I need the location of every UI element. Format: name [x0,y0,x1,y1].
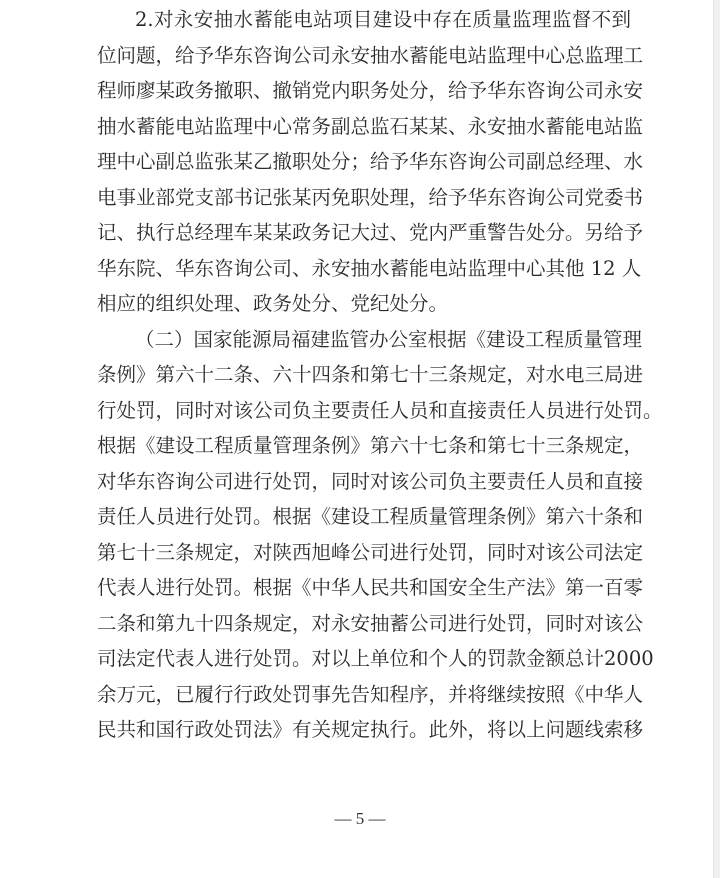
page-edge [713,0,720,878]
text-line: 行处罚，同时对该公司负主要责任人员和直接责任人员进行处罚。 [97,393,631,429]
text-line: 记、执行总经理车某某政务记大过、党内严重警告处分。另给予 [97,215,631,251]
text-line: 2.对永安抽水蓄能电站项目建设中存在质量监理监督不到 [97,2,631,38]
text-line: 责任人员进行处罚。根据《建设工程质量管理条例》第六十条和 [97,499,631,535]
page-number: — 5 — [0,809,720,829]
text-line: 条例》第六十二条、六十四条和第七十三条规定，对水电三局进 [97,357,631,393]
text-line: 位问题，给予华东咨询公司永安抽水蓄能电站监理中心总监理工 [97,38,631,74]
section-heading-line: （二）国家能源局福建监管办公室根据《建设工程质量管理 [97,322,631,358]
text-line: 对华东咨询公司进行处罚，同时对该公司负主要责任人员和直接 [97,464,631,500]
text-line: 抽水蓄能电站监理中心常务副总监石某某、永安抽水蓄能电站监 [97,109,631,145]
text-line: 相应的组织处理、政务处分、党纪处分。 [97,286,631,322]
text-line: 根据《建设工程质量管理条例》第六十七条和第七十三条规定， [97,428,631,464]
text-line: 华东院、华东咨询公司、永安抽水蓄能电站监理中心其他 12 人 [97,251,631,287]
text-line: 司法定代表人进行处罚。对以上单位和个人的罚款金额总计2000 [97,641,631,677]
text-line: 电事业部党支部书记张某丙免职处理，给予华东咨询公司党委书 [97,180,631,216]
text-line: 代表人进行处罚。根据《中华人民共和国安全生产法》第一百零 [97,570,631,606]
text-line: 余万元，已履行行政处罚事先告知程序，并将继续按照《中华人 [97,677,631,713]
text-line: 二条和第九十四条规定，对永安抽蓄公司进行处罚，同时对该公 [97,606,631,642]
document-page: 2.对永安抽水蓄能电站项目建设中存在质量监理监督不到 位问题，给予华东咨询公司永… [97,2,631,748]
text-line: 理中心副总监张某乙撤职处分；给予华东咨询公司副总经理、水 [97,144,631,180]
text-line: 程师廖某政务撤职、撤销党内职务处分，给予华东咨询公司永安 [97,73,631,109]
text-line: 民共和国行政处罚法》有关规定执行。此外，将以上问题线索移 [97,712,631,748]
text-line: 第七十三条规定，对陕西旭峰公司进行处罚，同时对该公司法定 [97,535,631,571]
